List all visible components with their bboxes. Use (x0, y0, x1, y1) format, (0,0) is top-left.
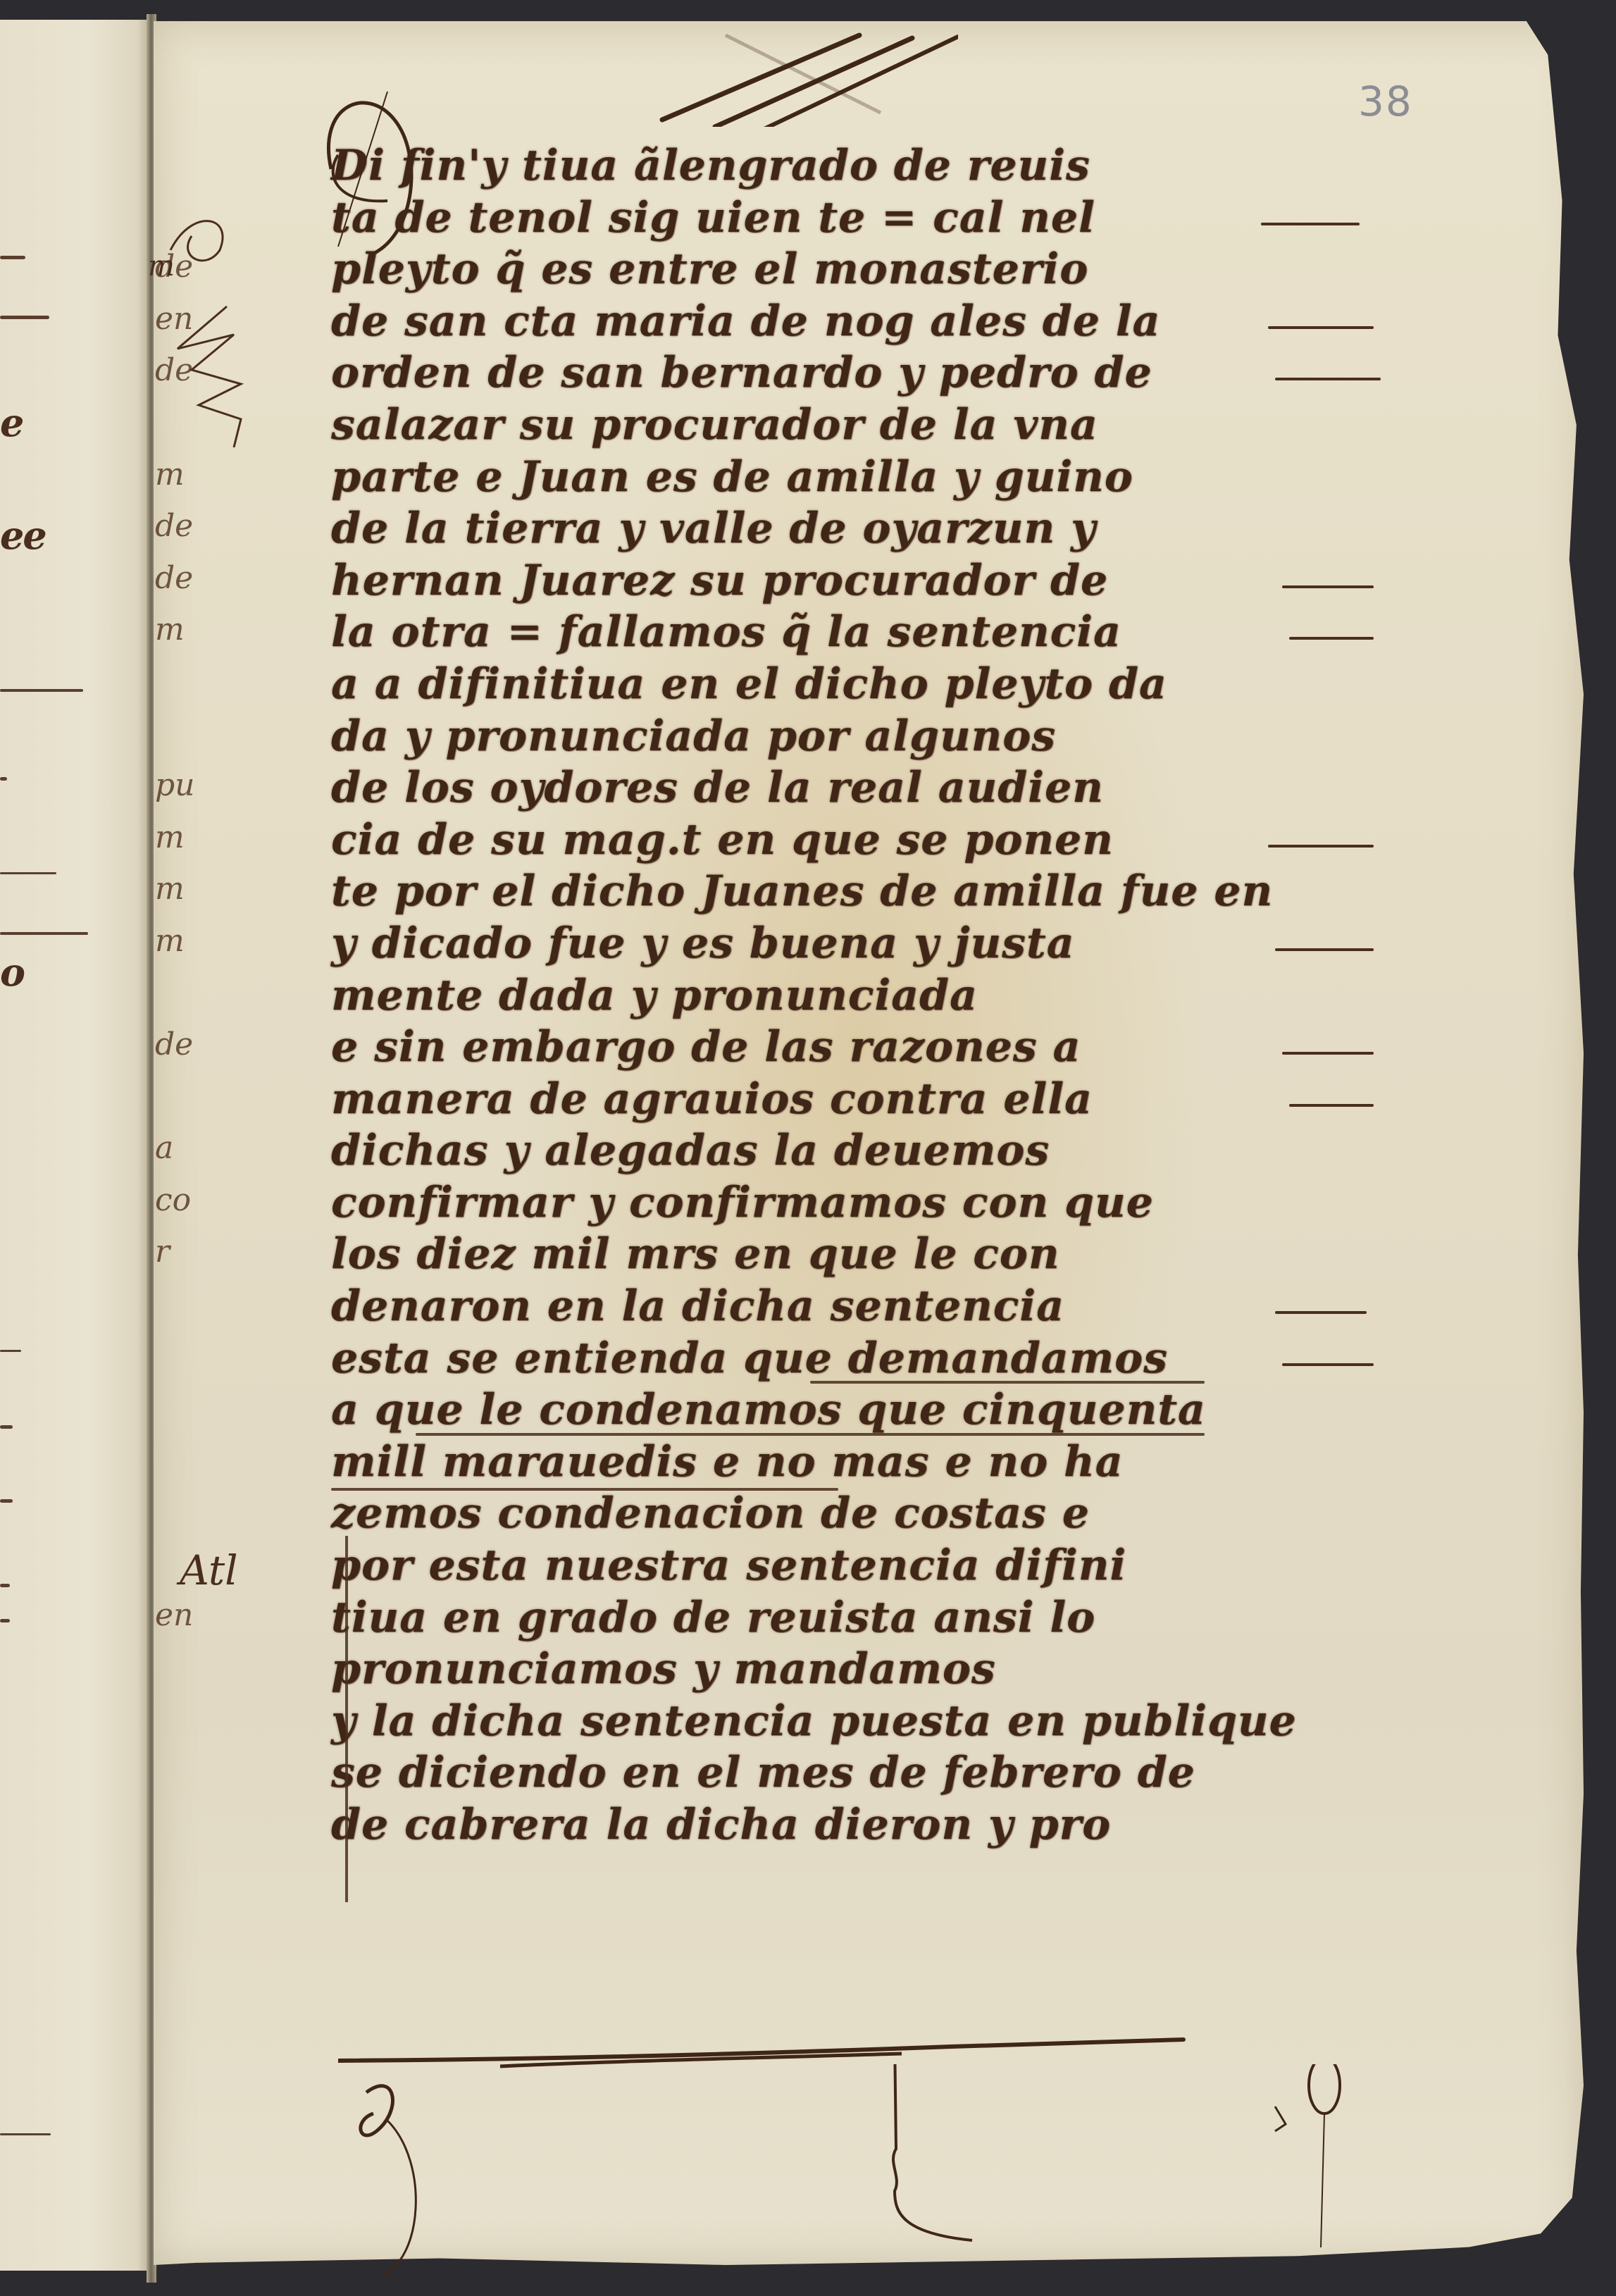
text-line: a que le condenamos que cinquenta (331, 1385, 1360, 1437)
text-line: mla otra = fallamos q̃ la sentencia (331, 607, 1360, 659)
signature-flourish-icon (338, 2064, 1395, 2290)
text-line: de cabrera la dicha dieron y pro (331, 1800, 1360, 1852)
ink-stroke (0, 777, 7, 781)
ink-stroke (0, 872, 56, 874)
text-line: dehernan Juarez su procurador de (331, 556, 1360, 608)
margin-bracket (345, 1536, 362, 1902)
text-line: my dicado fue y es buena y justa (331, 919, 1360, 971)
left-page-fragment: o (0, 950, 24, 995)
text-line: pude los oydores de la real audien (331, 763, 1360, 815)
ink-stroke (0, 1499, 13, 1503)
text-line: salazar su procurador de la vna (331, 400, 1360, 452)
ink-stroke (0, 256, 25, 259)
text-line: adichas y alegadas la deuemos (331, 1126, 1360, 1178)
text-line: depleyto q̃ es entre el monasterio (331, 244, 1360, 297)
text-line: da y pronunciada por algunos (331, 712, 1360, 764)
ink-stroke (0, 2133, 51, 2135)
text-line: esta se entienda que demandamos (331, 1334, 1360, 1386)
text-line: dee sin embargo de las razones a (331, 1022, 1360, 1074)
text-line: deorden de san bernardo y pedro de (331, 348, 1360, 400)
text-line: se diciendo en el mes de febrero de (331, 1748, 1360, 1800)
ink-stroke (0, 689, 83, 692)
left-page-edge: e ee o (0, 20, 149, 2271)
manuscript-scan: e ee o 38 m Atl Di fin'y tiua ãlengrado (0, 0, 1616, 2296)
text-line: mcia de su mag.t en que se ponen (331, 815, 1360, 867)
text-line: mte por el dicho Juanes de amilla fue en (331, 867, 1360, 919)
ink-stroke (0, 1425, 13, 1429)
manuscript-text-block: Di fin'y tiua ãlengrado de reuis ta de t… (331, 141, 1360, 1852)
text-line: por esta nuestra sentencia difini (331, 1541, 1360, 1593)
text-line: Di fin'y tiua ãlengrado de reuis (331, 141, 1360, 193)
text-line: denaron en la dicha sentencia (331, 1282, 1360, 1334)
text-line: y la dicha sentencia puesta en publique (331, 1696, 1360, 1749)
ink-stroke (0, 316, 49, 319)
ink-stroke (0, 932, 88, 935)
ink-stroke (0, 1619, 10, 1622)
text-line: a a difinitiua en el dicho pleyto da (331, 659, 1360, 712)
text-line: pronunciamos y mandamos (331, 1644, 1360, 1696)
text-line: mparte e Juan es de amilla y guino (331, 452, 1360, 504)
text-line: mill marauedis e no mas e no ha (331, 1437, 1360, 1489)
text-line: mente dada y pronunciada (331, 971, 1360, 1023)
text-line: zemos condenacion de costas e (331, 1489, 1360, 1541)
text-line: dede la tierra y valle de oyarzun y (331, 504, 1360, 556)
left-page-fragment: ee (0, 513, 46, 558)
margin-signature: Atl (180, 1546, 238, 1594)
text-line: rlos diez mil mrs en que le con (331, 1229, 1360, 1282)
left-page-fragment: e (0, 400, 23, 445)
text-line: manera de agrauios contra ella (331, 1074, 1360, 1127)
text-line: ende san cta maria de nog ales de la (331, 297, 1360, 349)
ink-stroke (0, 1584, 10, 1587)
diagonal-strokes-icon (648, 28, 958, 127)
text-line: coconfirmar y confirmamos con que (331, 1178, 1360, 1230)
folio-number: 38 (1358, 77, 1413, 125)
ink-stroke (0, 1350, 21, 1352)
text-line: entiua en grado de reuista ansi lo (331, 1593, 1360, 1645)
text-line: ta de tenol sig uien te = cal nel (331, 193, 1360, 245)
